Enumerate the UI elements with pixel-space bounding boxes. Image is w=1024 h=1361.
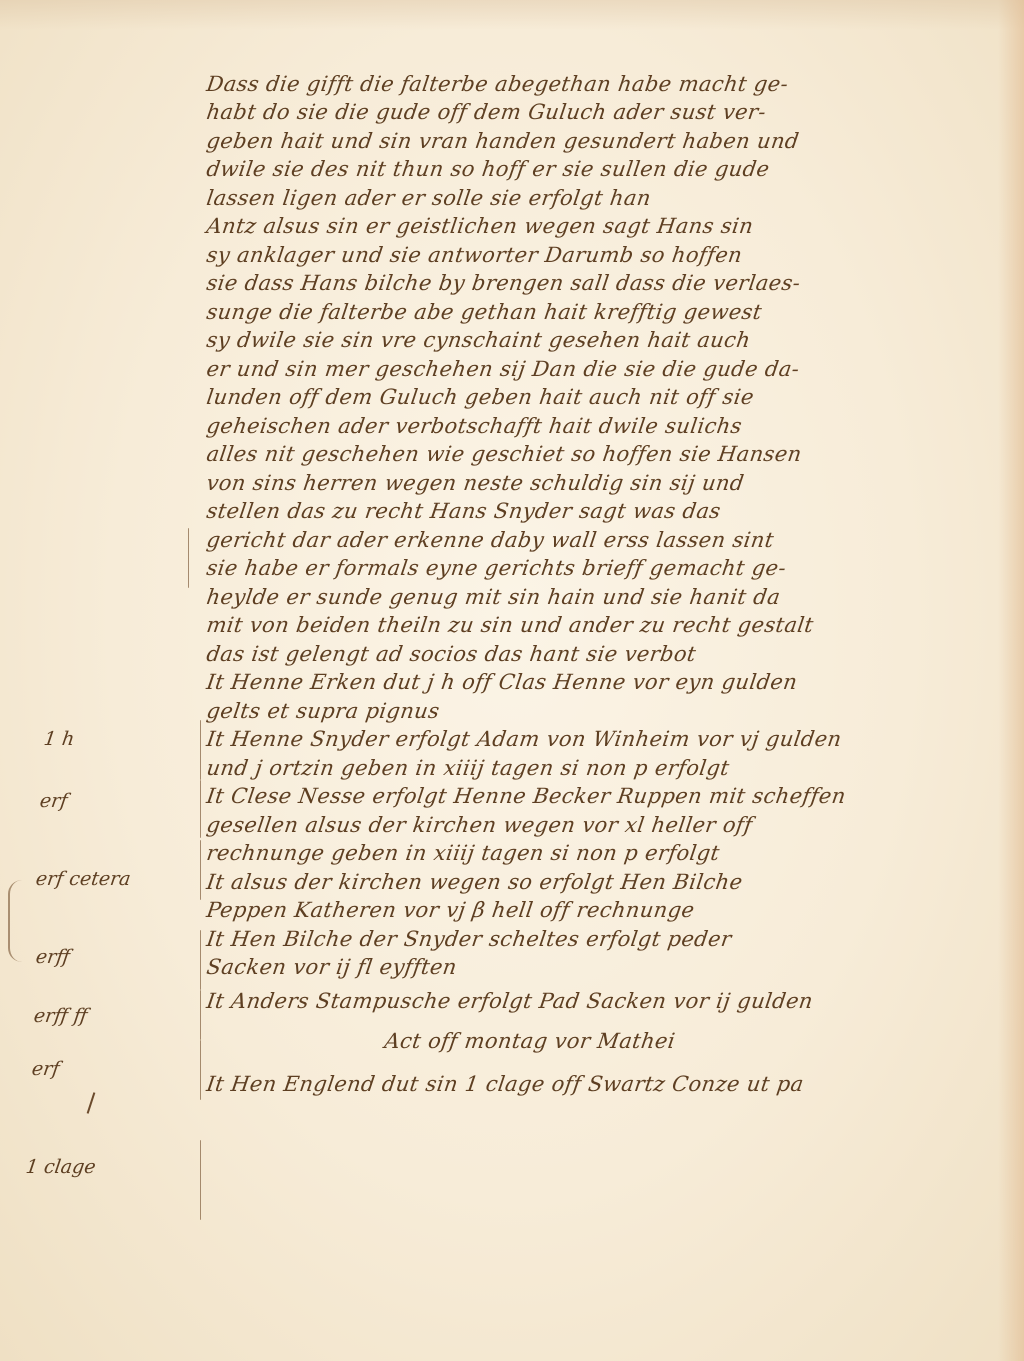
entry-line: rechnunge geben in xiiij tagen si non p … xyxy=(205,841,721,865)
entry-line: It Henne Snyder erfolgt Adam von Winheim… xyxy=(205,727,843,751)
text-line: sunge die falterbe abe gethan hait kreff… xyxy=(205,300,763,324)
margin-note: erff ff xyxy=(32,1005,88,1027)
text-line: von sins herren wegen neste schuldig sin… xyxy=(205,471,746,495)
bracket-mark xyxy=(200,780,201,838)
text-line: dwile sie des nit thun so hoff er sie su… xyxy=(205,157,771,181)
entry-line: Sacken vor ij fl eyfften xyxy=(205,955,459,979)
bracket-mark xyxy=(200,1040,201,1100)
entry-line: und j ortzin geben in xiiij tagen si non… xyxy=(205,756,731,780)
text-line: sy dwile sie sin vre cynschaint gesehen … xyxy=(205,328,752,352)
text-line: gericht dar ader erkenne daby wall erss … xyxy=(205,528,775,552)
text-line: geben hait und sin vran handen gesundert… xyxy=(205,129,801,153)
entry-line: It Hen Englend dut sin 1 clage off Swart… xyxy=(205,1072,805,1096)
bracket-mark xyxy=(200,930,201,990)
margin-note: 1 h xyxy=(42,728,75,750)
text-line: das ist gelengt ad socios das hant sie v… xyxy=(205,642,698,666)
text-line: sie habe er formals eyne gerichts brieff… xyxy=(205,556,788,580)
margin-note: erf cetera xyxy=(34,868,132,890)
text-line: heylde er sunde genug mit sin hain und s… xyxy=(205,585,782,609)
margin-note: erf xyxy=(38,790,68,812)
entry-line: It alsus der kirchen wegen so erfolgt He… xyxy=(205,870,744,894)
text-line: Dass die gifft die falterbe abegethan ha… xyxy=(205,72,790,96)
margin-note: erff xyxy=(34,946,71,968)
left-margin-notes: 1 h erf erf cetera erff erff ff erf 1 cl… xyxy=(0,0,200,1361)
text-line: geheischen ader verbotschafft hait dwile… xyxy=(205,414,744,438)
entry-line: It Henne Erken dut j h off Clas Henne vo… xyxy=(205,670,799,694)
margin-bracket xyxy=(8,880,40,962)
bracket-mark xyxy=(200,990,201,1040)
entry-line: gelts et supra pignus xyxy=(205,699,441,723)
entry-line: Peppen Katheren vor vj β hell off rechnu… xyxy=(205,898,696,922)
session-heading: Act off montag vor Mathei xyxy=(383,1029,677,1053)
text-line: er und sin mer geschehen sij Dan die sie… xyxy=(205,357,801,381)
bracket-mark xyxy=(200,720,201,780)
entry-line: gesellen alsus der kirchen wegen vor xl … xyxy=(205,813,754,837)
text-line: mit von beiden theiln zu sin und ander z… xyxy=(205,613,815,637)
bracket-mark xyxy=(200,1140,201,1220)
entry-line: It Anders Stampusche erfolgt Pad Sacken … xyxy=(205,989,815,1013)
manuscript-page: Dass die gifft die falterbe abegethan ha… xyxy=(0,0,1024,1361)
entry-line: It Hen Bilche der Snyder scheltes erfolg… xyxy=(205,927,733,951)
margin-note: 1 clage xyxy=(24,1156,97,1178)
text-line: sy anklager und sie antworter Darumb so … xyxy=(205,243,744,267)
text-line: lassen ligen ader er solle sie erfolgt h… xyxy=(205,186,653,210)
margin-stroke xyxy=(87,1092,96,1114)
entry-line: It Clese Nesse erfolgt Henne Becker Rupp… xyxy=(205,784,847,808)
text-line: sie dass Hans bilche by brengen sall das… xyxy=(205,271,802,295)
bracket-mark xyxy=(200,840,201,900)
margin-note: erf xyxy=(30,1058,60,1080)
text-line: alles nit geschehen wie geschiet so hoff… xyxy=(205,442,803,466)
text-line: stellen das zu recht Hans Snyder sagt wa… xyxy=(205,499,722,523)
text-line: lunden off dem Guluch geben hait auch ni… xyxy=(205,385,756,409)
text-line: habt do sie die gude off dem Guluch ader… xyxy=(205,100,768,124)
text-line: Antz alsus sin er geistlichen wegen sagt… xyxy=(205,214,755,238)
